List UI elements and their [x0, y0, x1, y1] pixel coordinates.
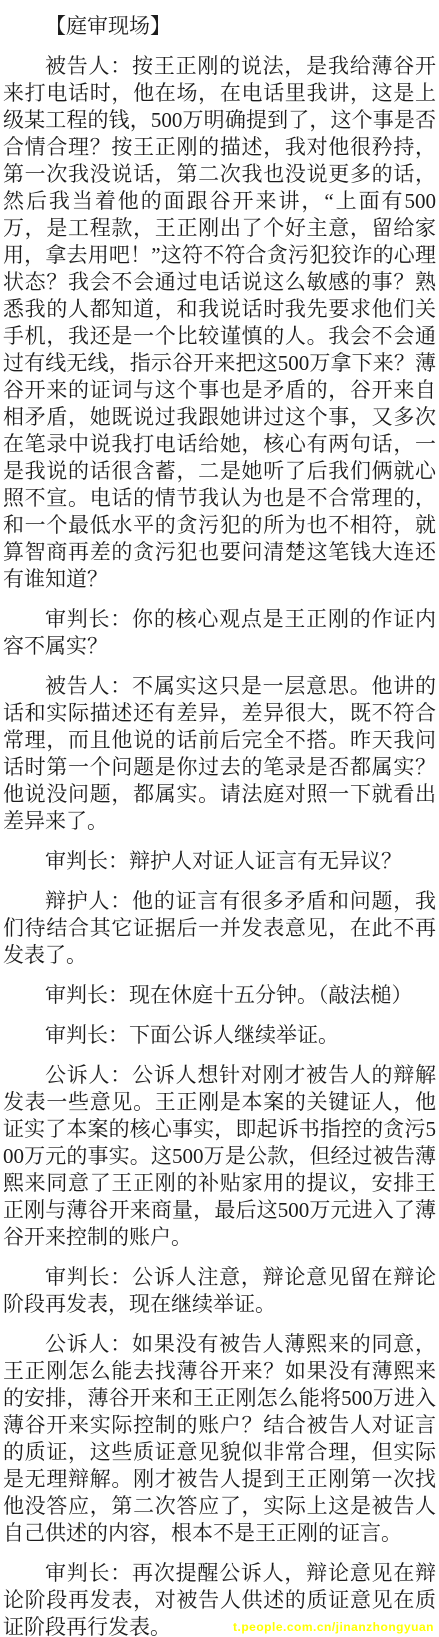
transcript-paragraph: 审判长：你的核心观点是王正刚的作证内容不属实？	[3, 606, 436, 660]
transcript-paragraph: 公诉人：公诉人想针对刚才被告人的辩解发表一些意见。王正刚是本案的关键证人，他证实…	[3, 1062, 436, 1251]
transcript-paragraph: 审判长：下面公诉人继续举证。	[3, 1022, 436, 1049]
transcript-paragraph: 审判长：公诉人注意，辩论意见留在辩论阶段再发表，现在继续举证。	[3, 1264, 436, 1318]
transcript-paragraph: 被告人：不属实这只是一层意思。他讲的话和实际描述还有差异，差异很大，既不符合常理…	[3, 673, 436, 835]
transcript-paragraph: 公诉人：如果没有被告人薄熙来的同意，王正刚怎么能去找薄谷开来？如果没有薄熙来的安…	[3, 1331, 436, 1547]
transcript-paragraph: 审判长：现在休庭十五分钟。（敲法槌）	[3, 982, 436, 1009]
watermark-url: t.people.com.cn/jinanzhongyuan	[233, 1620, 434, 1634]
transcript-paragraph: 辩护人：他的证言有很多矛盾和问题，我们待结合其它证据后一并发表意见，在此不再发表…	[3, 888, 436, 969]
transcript-paragraph: 被告人：按王正刚的说法，是我给薄谷开来打电话时，他在场，在电话里我讲，这是上级某…	[3, 53, 436, 593]
page-title: 【庭审现场】	[3, 13, 436, 40]
transcript-page: 【庭审现场】 被告人：按王正刚的说法，是我给薄谷开来打电话时，他在场，在电话里我…	[0, 0, 439, 1637]
transcript-paragraph: 审判长：辩护人对证人证言有无异议？	[3, 848, 436, 875]
